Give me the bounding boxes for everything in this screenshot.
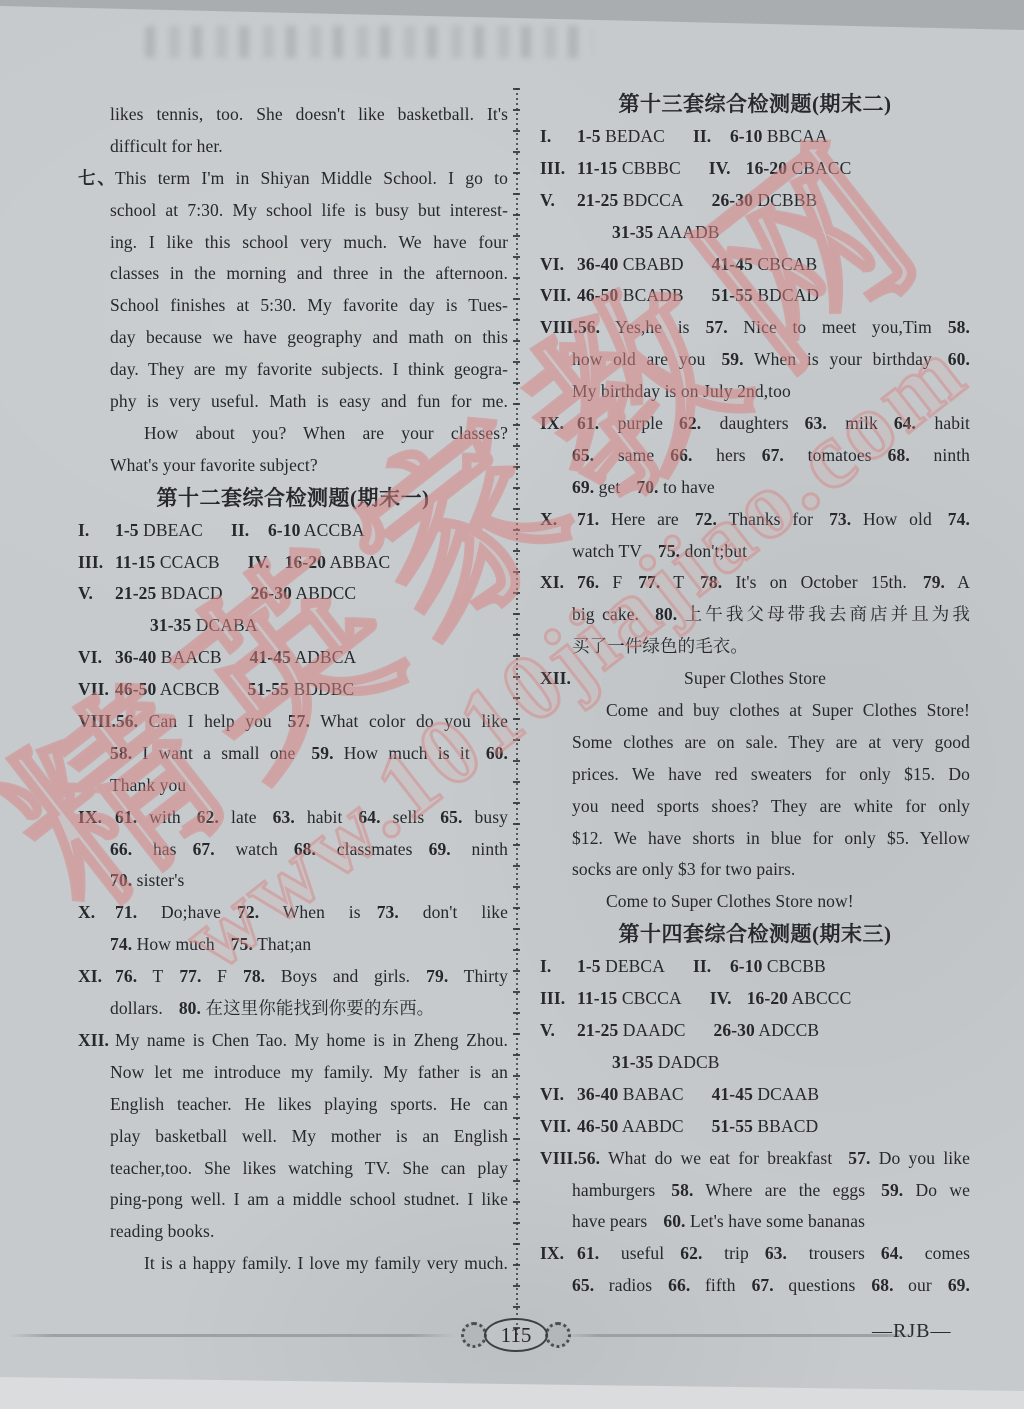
text-line: 买了一件绿色的毛衣。 xyxy=(572,631,970,663)
text-line: 31-35 AAADB xyxy=(612,217,970,249)
section-title: 第十三套综合检测题(期末二) xyxy=(540,88,970,121)
bleedthrough-smudge xyxy=(145,26,593,58)
text-line: VI.36-40 BAACB41-45 ADBCA xyxy=(78,642,508,674)
text-line: Some clothes are on sale. They are at ve… xyxy=(572,727,970,759)
column-divider xyxy=(513,88,520,1338)
text-line: 74. How much75. That;an xyxy=(110,929,508,961)
text-line: VIII.56. Can I help you57. What color do… xyxy=(78,706,508,738)
text-line: III.11-15 CCACBIV.16-20 ABBAC xyxy=(78,547,508,579)
section-title: 第十四套综合检测题(期末三) xyxy=(540,918,970,951)
text-line: 69. get70. to have xyxy=(572,472,970,504)
footer-rule-left xyxy=(8,1334,455,1337)
text-line: My birthday is on July 2nd,too xyxy=(572,376,970,408)
text-line: VII.46-50 AABDC51-55 BBACD xyxy=(540,1111,970,1143)
text-line: Come and buy clothes at Super Clothes St… xyxy=(606,695,970,727)
text-line: XII.Super Clothes Store xyxy=(540,663,970,695)
text-line: Now let me introduce my family. My fathe… xyxy=(110,1057,508,1089)
left-column: likes tennis, too. She doesn't like bask… xyxy=(78,99,508,1280)
text-line: 65. same66. hers67. tomatoes68. ninth xyxy=(572,440,970,472)
text-line: you need sports shoes? They are white fo… xyxy=(572,791,970,823)
edition-code: —RJB— xyxy=(872,1320,951,1343)
text-line: have pears60. Let's have some bananas xyxy=(572,1206,970,1238)
text-line: It is a happy family. I love my family v… xyxy=(144,1248,508,1280)
text-line: 31-35 DCABA xyxy=(150,610,508,642)
text-line: 65. radios66. fifth67. questions68. our6… xyxy=(572,1270,970,1302)
text-line: big cake.80. 上午我父母带我去商店并且为我 xyxy=(572,599,970,631)
section-title: 第十二套综合检测题(期末一) xyxy=(78,482,508,515)
text-line: classes in the morning and three in the … xyxy=(110,258,508,290)
text-line: XI.76. T77. F78. Boys and girls.79. Thir… xyxy=(78,961,508,993)
text-line: 31-35 DADCB xyxy=(612,1047,970,1079)
text-line: reading books. xyxy=(110,1216,508,1248)
text-line: 七、This term I'm in Shiyan Middle School.… xyxy=(78,163,508,195)
text-line: I.1-5 DBEACII.6-10 ACCBA xyxy=(78,515,508,547)
text-line: watch TV75. don't;but xyxy=(572,536,970,568)
text-line: I.1-5 BEDACII.6-10 BBCAA xyxy=(540,121,970,153)
text-line: ing. I like this school very much. We ha… xyxy=(110,227,508,259)
text-line: School finishes at 5:30. My favorite day… xyxy=(110,290,508,322)
text-line: I.1-5 DEBCAII.6-10 CBCBB xyxy=(540,951,970,983)
text-line: 70. sister's xyxy=(110,865,508,897)
text-line: IX.61. with62. late63. habit64. sells65.… xyxy=(78,802,508,834)
text-line: Come to Super Clothes Store now! xyxy=(606,886,970,918)
text-line: dollars.80. 在这里你能找到你要的东西。 xyxy=(110,993,508,1025)
text-line: How about you? When are your classes? xyxy=(144,418,508,450)
text-line: V.21-25 BDACD26-30 ABDCC xyxy=(78,578,508,610)
text-line: V.21-25 BDCCA26-30 DCBBB xyxy=(540,185,970,217)
text-line: X.71. Do;have72. When is73. don't like xyxy=(78,897,508,929)
text-line: $12. We have shorts in blue for only $5.… xyxy=(572,823,970,855)
text-line: 58. I want a small one59. How much is it… xyxy=(110,738,508,770)
text-line: how old are you59. When is your birthday… xyxy=(572,344,970,376)
text-line: difficult for her. xyxy=(110,131,508,163)
text-line: ping-pong well. I am a middle school stu… xyxy=(110,1184,508,1216)
text-line: socks are only $3 for two pairs. xyxy=(572,854,970,886)
text-line: X.71. Here are72. Thanks for73. How old7… xyxy=(540,504,970,536)
text-line: VIII.56. What do we eat for breakfast57.… xyxy=(540,1143,970,1175)
text-line: day because we have geography and math o… xyxy=(110,322,508,354)
gear-icon xyxy=(545,1322,571,1348)
text-line: IX.61. useful62. trip63. trousers64. com… xyxy=(540,1238,970,1270)
text-line: VIII.56. Yes,he is57. Nice to meet you,T… xyxy=(540,312,970,344)
text-line: Thank you xyxy=(110,770,508,802)
text-line: hamburgers58. Where are the eggs59. Do w… xyxy=(572,1175,970,1207)
text-line: VI.36-40 CBABD41-45 CBCAB xyxy=(540,249,970,281)
text-line: IX.61. purple62. daughters63. milk64. ha… xyxy=(540,408,970,440)
text-line: XI.76. F77. T78. It's on October 15th.79… xyxy=(540,567,970,599)
text-line: III.11-15 CBCCAIV.16-20 ABCCC xyxy=(540,983,970,1015)
footer-rule-right xyxy=(562,1334,922,1337)
right-column: 第十三套综合检测题(期末二)I.1-5 BEDACII.6-10 BBCAAII… xyxy=(540,88,970,1302)
text-line: play basketball well. My mother is an En… xyxy=(110,1121,508,1153)
text-line: XII.My name is Chen Tao. My home is in Z… xyxy=(78,1025,508,1057)
text-line: 66. has67. watch68. classmates69. ninth xyxy=(110,834,508,866)
text-line: prices. We have red sweaters for only $1… xyxy=(572,759,970,791)
text-line: What's your favorite subject? xyxy=(110,450,508,482)
text-line: likes tennis, too. She doesn't like bask… xyxy=(110,99,508,131)
text-line: VII.46-50 ACBCB51-55 BDDBC xyxy=(78,674,508,706)
text-line: VII.46-50 BCADB51-55 BDCAD xyxy=(540,280,970,312)
text-line: phy is very useful. Math is easy and fun… xyxy=(110,386,508,418)
text-line: III.11-15 CBBBCIV.16-20 CBACC xyxy=(540,153,970,185)
text-line: English teacher. He likes playing sports… xyxy=(110,1089,508,1121)
text-line: day. They are my favorite subjects. I th… xyxy=(110,354,508,386)
text-line: teacher,too. She likes watching TV. She … xyxy=(110,1153,508,1185)
text-line: VI.36-40 BABAC41-45 DCAAB xyxy=(540,1079,970,1111)
text-line: V.21-25 DAADC26-30 ADCCB xyxy=(540,1015,970,1047)
text-line: school at 7:30. My school life is busy b… xyxy=(110,195,508,227)
page-number: 115 xyxy=(484,1318,548,1352)
